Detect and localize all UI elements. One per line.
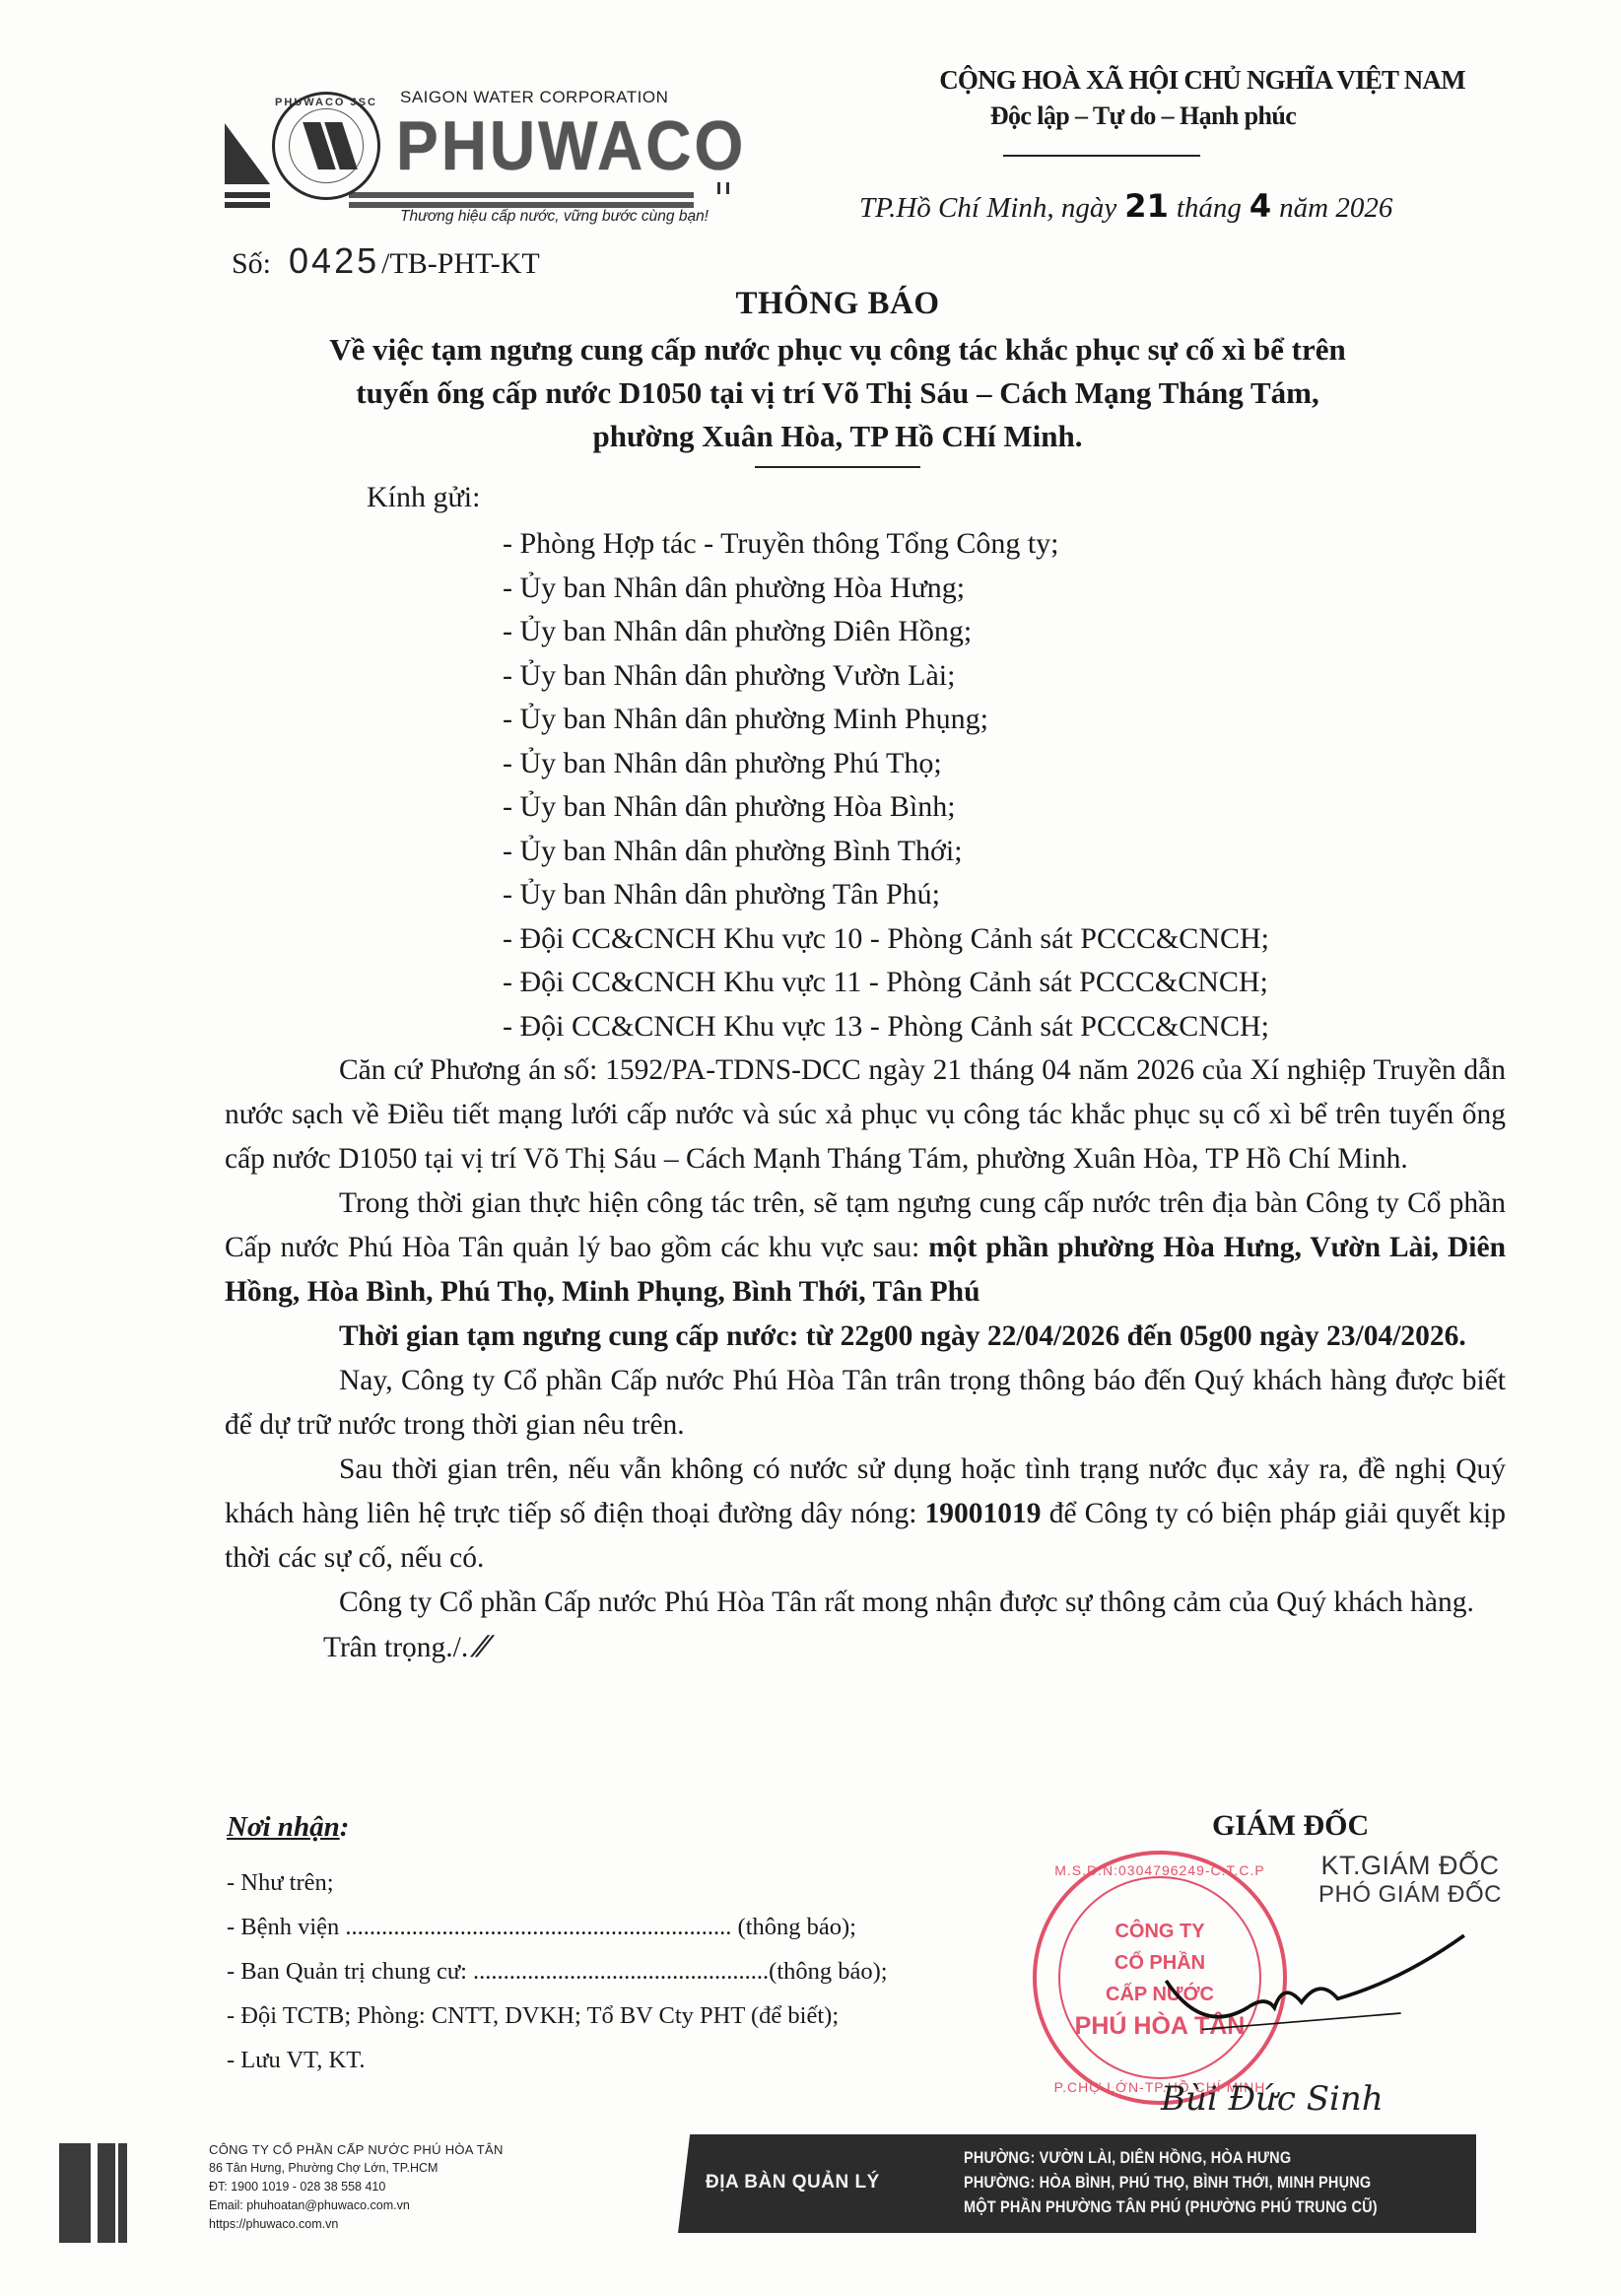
hotline-number: 19001019 [925,1498,1042,1529]
recipient-item: - Đội CC&CNCH Khu vực 13 - Phòng Cảnh sá… [503,1005,1269,1049]
closing: Trân trọng./. ⁄⁄ [225,1625,1506,1670]
logo-bar [225,192,270,198]
paragraph-outage-time: Thời gian tạm ngưng cung cấp nước: từ 22… [225,1315,1506,1359]
footer-phone: ĐT: 1900 1019 - 028 38 558 410 [209,2178,504,2196]
cc-item: - Bệnh viện ............................… [227,1905,888,1949]
closing-text: Trân trọng./. [323,1632,468,1663]
logo-underline [349,192,694,198]
cc-item: - Ban Quản trị chung cư: ...............… [227,1949,888,1993]
footer-company-name: CÔNG TY CỔ PHẦN CẤP NƯỚC PHÚ HÒA TÂN [209,2140,504,2159]
document-number-value: 0425 [289,240,379,281]
logo-mark-icon [717,182,729,194]
recipient-item: - Ủy ban Nhân dân phường Diên Hồng; [503,610,1269,654]
paragraph-hotline: Sau thời gian trên, nếu vẫn không có nướ… [225,1448,1506,1581]
national-header: CỘNG HOÀ XÃ HỘI CHỦ NGHĨA VIỆT NAM Độc l… [857,65,1547,157]
dateline-place: TP.Hồ Chí Minh, ngày [859,192,1116,224]
document-number-suffix: /TB-PHT-KT [381,247,540,280]
logo-triangle-icon [225,123,270,184]
corporation-name: SAIGON WATER CORPORATION [400,88,668,107]
footer-email: Email: phuhoatan@phuwaco.com.vn [209,2196,504,2215]
document-number: Số:0425/TB-PHT-KT [232,240,540,282]
recipient-item: - Ủy ban Nhân dân phường Bình Thới; [503,830,1269,874]
dateline-month-label: tháng [1177,192,1242,224]
recipients-list: - Phòng Hợp tác - Truyền thông Tổng Công… [503,522,1269,1048]
service-area-line: PHƯỜNG: VƯỜN LÀI, DIÊN HỒNG, HÒA HƯNG [964,2146,1378,2171]
national-motto: Độc lập – Tự do – Hạnh phúc [857,101,1547,131]
recipients-label: Kính gửi: [367,481,480,514]
service-area-line: PHƯỜNG: HÒA BÌNH, PHÚ THỌ, BÌNH THỚI, MI… [964,2171,1378,2195]
logo-bar [225,202,270,208]
deputy-stamp-line2: PHÓ GIÁM ĐỐC [1318,1880,1502,1910]
notice-body: Căn cứ Phương án số: 1592/PA-TDNS-DCC ng… [225,1048,1506,1670]
deputy-stamp-line1: KT.GIÁM ĐỐC [1318,1851,1502,1880]
cc-item: - Lưu VT, KT. [227,2038,888,2082]
cc-label-text: Nơi nhận [227,1811,340,1843]
cc-item: - Đội TCTB; Phòng: CNTT, DVKH; Tổ BV Cty… [227,1993,888,2038]
notice-subject-line: Về việc tạm ngưng cung cấp nước phục vụ … [197,328,1478,371]
recipient-item: - Đội CC&CNCH Khu vực 10 - Phòng Cảnh sá… [503,917,1269,962]
notice-subject: Về việc tạm ngưng cung cấp nước phục vụ … [197,328,1478,458]
service-area-line: MỘT PHẦN PHƯỜNG TÂN PHÚ (PHƯỜNG PHÚ TRUN… [964,2195,1378,2220]
footer-service-area-band: ĐỊA BÀN QUẢN LÝ PHƯỜNG: VƯỜN LÀI, DIÊN H… [678,2134,1476,2233]
notice-subject-line: phường Xuân Hòa, TP Hồ CHí Minh. [197,415,1478,458]
recipient-item: - Ủy ban Nhân dân phường Vườn Lài; [503,654,1269,699]
dateline-year: năm 2026 [1279,192,1392,224]
national-title: CỘNG HOÀ XÃ HỘI CHỦ NGHĨA VIỆT NAM [857,65,1547,96]
dateline: TP.Hồ Chí Minh, ngày21tháng4năm 2026 [859,187,1392,225]
paragraph-notice: Nay, Công ty Cổ phần Cấp nước Phú Hòa Tâ… [225,1359,1506,1448]
notice-title-block: THÔNG BÁO Về việc tạm ngưng cung cấp nướ… [197,286,1478,468]
seal-text: PHUWACO JSC [275,97,377,108]
notice-title: THÔNG BÁO [197,286,1478,322]
dateline-month: 4 [1250,187,1271,225]
cc-list: - Như trên; - Bệnh viện ................… [227,1860,888,2082]
recipient-item: - Đội CC&CNCH Khu vực 11 - Phòng Cảnh sá… [503,961,1269,1005]
footer-address: 86 Tân Hưng, Phường Chợ Lớn, TP.HCM [209,2159,504,2178]
cc-item: - Như trên; [227,1860,888,1905]
divider [1003,155,1200,157]
recipient-item: - Phòng Hợp tác - Truyền thông Tổng Công… [503,522,1269,567]
recipient-item: - Ủy ban Nhân dân phường Phú Thọ; [503,742,1269,786]
divider [755,466,920,468]
footer-company-info: CÔNG TY CỔ PHẦN CẤP NƯỚC PHÚ HÒA TÂN 86 … [209,2140,504,2234]
handwritten-signature-icon [1143,1926,1478,2035]
dateline-day: 21 [1124,187,1169,225]
recipient-item: - Ủy ban Nhân dân phường Hòa Hưng; [503,567,1269,611]
company-logo: PHUWACO JSC SAIGON WATER CORPORATION PHU… [225,84,737,232]
recipient-item: - Ủy ban Nhân dân phường Minh Phụng; [503,698,1269,742]
brand-name: PHUWACO [396,105,746,185]
signature-title: GIÁM ĐỐC [1212,1809,1369,1843]
footer-website: https://phuwaco.com.vn [209,2215,504,2234]
slogan: Thương hiệu cấp nước, vững bước cùng bạn… [400,208,709,226]
recipient-item: - Ủy ban Nhân dân phường Tân Phú; [503,873,1269,917]
deputy-stamp: KT.GIÁM ĐỐC PHÓ GIÁM ĐỐC [1318,1851,1502,1910]
recipient-item: - Ủy ban Nhân dân phường Hòa Bình; [503,785,1269,830]
initial-mark-icon: ⁄⁄ [468,1630,487,1663]
paragraph-affected-areas: Trong thời gian thực hiện công tác trên,… [225,1182,1506,1315]
service-area-wards: PHƯỜNG: VƯỜN LÀI, DIÊN HỒNG, HÒA HƯNG PH… [964,2146,1378,2220]
document-number-prefix: Số: [232,247,271,280]
signer-name: Bùi Đức Sinh [1161,2079,1384,2119]
notice-subject-line: tuyến ống cấp nước D1050 tại vị trí Võ T… [197,371,1478,415]
cc-label: Nơi nhận: [227,1811,349,1844]
service-area-label: ĐỊA BÀN QUẢN LÝ [706,2172,880,2194]
outage-time: Thời gian tạm ngưng cung cấp nước: từ 22… [339,1320,1466,1352]
paragraph-basis: Căn cứ Phương án số: 1592/PA-TDNS-DCC ng… [225,1048,1506,1182]
paragraph-thanks: Công ty Cổ phần Cấp nước Phú Hòa Tân rất… [225,1581,1506,1625]
logo-seal-icon: PHUWACO JSC [272,92,380,200]
